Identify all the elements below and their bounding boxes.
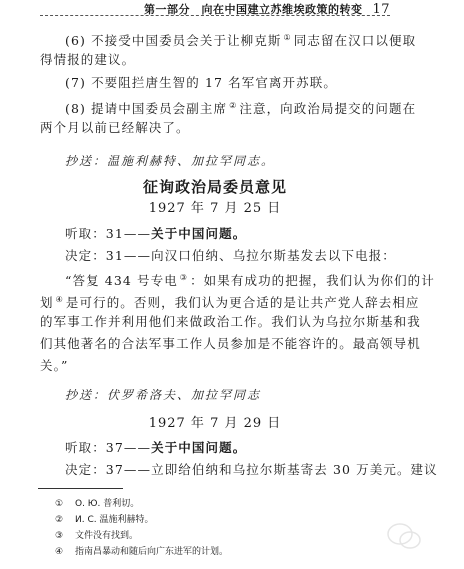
footnote-ref-4[interactable]: ④ bbox=[56, 295, 64, 304]
item-8-line-1: (8) 提请中国委员会副主席②注意，向政治局提交的问题在 bbox=[65, 96, 390, 118]
cc-line-2: 抄送：伏罗希洛夫、加拉罕同志 bbox=[65, 386, 390, 405]
footnote-text: 文件没有找到。 bbox=[75, 531, 138, 541]
cc-line-1: 抄送：温施利赫特、加拉罕同志。 bbox=[65, 152, 390, 171]
footnote-text: И. С. 温施利赫特。 bbox=[75, 515, 153, 525]
footnote-number: ① bbox=[55, 497, 75, 512]
footnote-text: О. Ю. 普利切。 bbox=[75, 499, 139, 509]
item-8-text: (8) 提请中国委员会副主席 bbox=[65, 101, 227, 116]
section-date-2: 1927 年 7 月 29 日 bbox=[0, 412, 430, 431]
telegram-text-cont: ：如果有成功的把握，我们认为你们的计 bbox=[190, 273, 435, 288]
footnote-3: ③文件没有找到。 bbox=[55, 529, 138, 544]
section-title: 征询政治局委员意见 bbox=[0, 176, 430, 197]
hear-2-topic: 关于中国问题。 bbox=[151, 440, 246, 455]
telegram-line-4: 们其他著名的合法军事工作人员参加是不能容许的。最高领导机 bbox=[40, 334, 390, 353]
footnote-ref-3[interactable]: ③ bbox=[180, 273, 188, 282]
telegram-line-2: 划④是可行的。否则，我们认为更合适的是让共产党人辞去相应 bbox=[40, 290, 390, 312]
footnote-1: ①О. Ю. 普利切。 bbox=[55, 497, 139, 512]
telegram-line-3: 的军事工作并利用他们来做政治工作。我们认为乌拉尔斯基和我 bbox=[40, 312, 390, 331]
item-8-text-cont: 注意，向政治局提交的问题在 bbox=[239, 101, 416, 116]
document-page: 第一部分 向在中国建立苏维埃政策的转变17 (6) 不接受中国委员会关于让柳克斯… bbox=[0, 0, 464, 569]
hear-2: 听取：37——关于中国问题。 bbox=[65, 438, 390, 457]
decide-1: 决定：31——向汉口伯纳、乌拉尔斯基发去以下电报： bbox=[65, 246, 390, 265]
hear-2-label: 听取：37—— bbox=[65, 440, 151, 455]
item-6-text: (6) 不接受中国委员会关于让柳克斯 bbox=[65, 33, 281, 48]
footnote-number: ② bbox=[55, 513, 75, 528]
footnote-number: ③ bbox=[55, 529, 75, 544]
footnote-rule bbox=[38, 488, 123, 489]
item-8-line-2: 两个月以前已经解决了。 bbox=[40, 118, 390, 137]
item-6-line-1: (6) 不接受中国委员会关于让柳克斯①同志留在汉口以便取 bbox=[65, 28, 390, 50]
telegram-text: 划 bbox=[40, 295, 54, 310]
telegram-text: “答复 434 号专电 bbox=[65, 273, 178, 288]
item-6-line-2: 得情报的建议。 bbox=[40, 50, 390, 69]
decide-2: 决定：37——立即给伯纳和乌拉尔斯基寄去 30 万美元。建议 bbox=[65, 460, 390, 479]
footnote-4: ④指南昌暴动和随后向广东进军的计划。 bbox=[55, 545, 228, 560]
telegram-line-5: 关。” bbox=[40, 356, 390, 375]
section-date-1: 1927 年 7 月 25 日 bbox=[0, 197, 430, 216]
footnote-text: 指南昌暴动和随后向广东进军的计划。 bbox=[75, 547, 228, 557]
wechat-icon bbox=[385, 522, 425, 552]
telegram-text-cont: 是可行的。否则，我们认为更合适的是让共产党人辞去相应 bbox=[66, 295, 420, 310]
header-rule bbox=[40, 15, 390, 16]
telegram-line-1: “答复 434 号专电③：如果有成功的把握，我们认为你们的计 bbox=[65, 268, 390, 290]
item-7: (7) 不要阻拦唐生智的 17 名军官离开苏联。 bbox=[65, 73, 390, 92]
item-6-text-cont: 同志留在汉口以便取 bbox=[294, 33, 416, 48]
hear-1: 听取：31——关于中国问题。 bbox=[65, 224, 390, 243]
footnote-ref-1[interactable]: ① bbox=[283, 33, 291, 42]
footnote-2: ②И. С. 温施利赫特。 bbox=[55, 513, 153, 528]
footnote-ref-2[interactable]: ② bbox=[229, 101, 237, 110]
hear-1-label: 听取：31—— bbox=[65, 226, 151, 241]
footnote-number: ④ bbox=[55, 545, 75, 560]
hear-1-topic: 关于中国问题。 bbox=[151, 226, 246, 241]
